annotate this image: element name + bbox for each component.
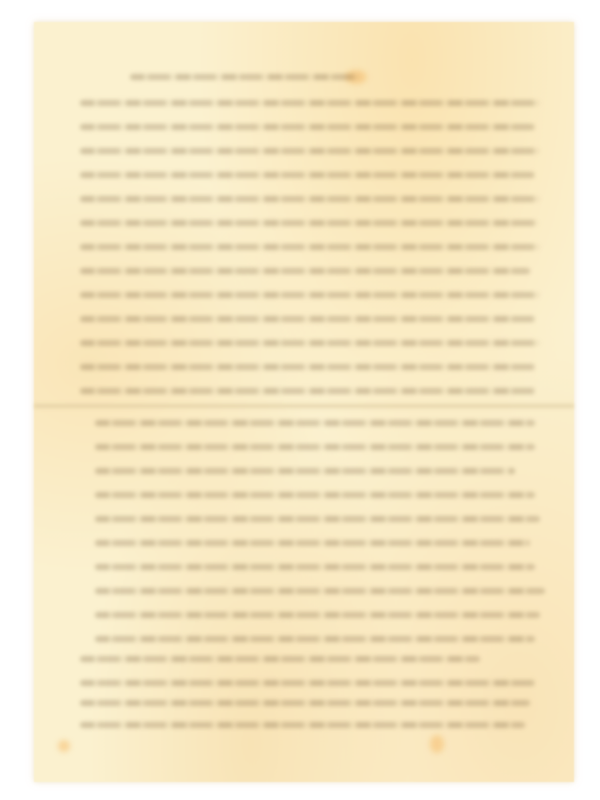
handwriting-line [95, 492, 535, 498]
handwriting-line [80, 316, 535, 322]
handwriting-line [95, 636, 535, 642]
handwriting-line [80, 196, 540, 202]
handwriting-line [80, 364, 535, 370]
handwriting-line [80, 292, 540, 298]
handwriting-line [80, 100, 540, 106]
handwriting-line [80, 680, 535, 686]
handwriting-line [80, 656, 480, 662]
handwriting-line [95, 468, 515, 474]
handwriting-line [130, 74, 360, 80]
handwriting-line [95, 516, 540, 522]
handwriting-line [80, 220, 538, 226]
handwriting-line [80, 268, 530, 274]
handwriting-line [95, 420, 535, 426]
handwriting-line [95, 444, 535, 450]
handwriting-line [80, 148, 540, 154]
handwriting-line [80, 340, 540, 346]
handwriting-line [80, 388, 535, 394]
paper-stain [430, 735, 444, 753]
handwriting-line [95, 564, 535, 570]
handwriting-line [95, 612, 540, 618]
handwriting-line [80, 124, 535, 130]
handwriting-line [80, 172, 535, 178]
paper-fold-crease [34, 402, 574, 410]
handwriting-line [80, 722, 525, 728]
handwriting-line [80, 244, 540, 250]
handwriting-line [95, 588, 545, 594]
paper-stain [58, 740, 70, 752]
handwriting-line [80, 700, 530, 706]
handwriting-line [95, 540, 530, 546]
